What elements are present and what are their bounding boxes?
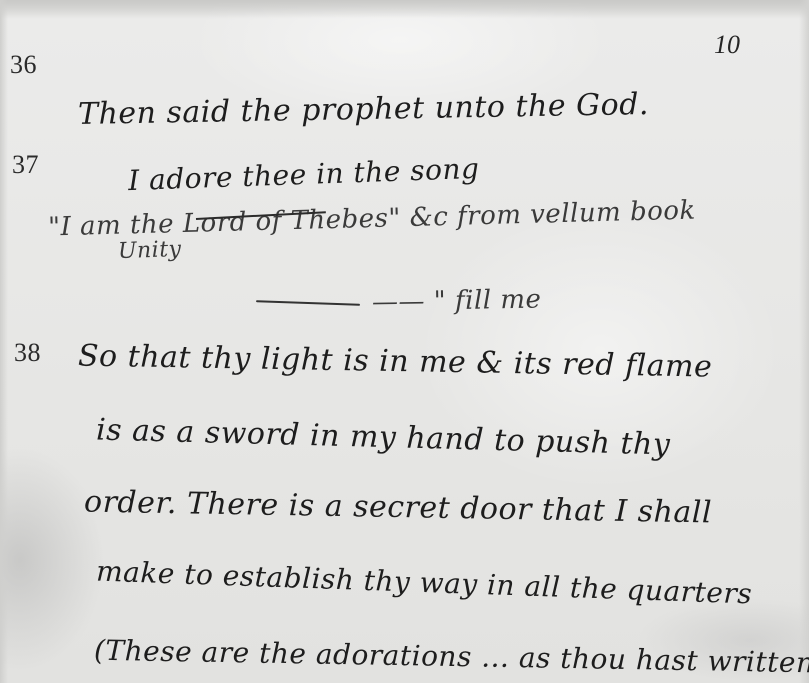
verse-38-line-1: So that thy light is in me & its red fla… bbox=[78, 338, 713, 384]
paper-left-edge bbox=[0, 0, 8, 683]
verse-37-line-1: I adore thee in the song bbox=[128, 152, 480, 197]
verse-37-insertion-text: —— " fill me bbox=[372, 285, 542, 318]
verse-38-line-5: (These are the adorations ... as thou ha… bbox=[94, 634, 809, 680]
verse-38-line-4: make to establish thy way in all the qua… bbox=[96, 555, 753, 611]
insertion-dash bbox=[256, 300, 360, 306]
page-number: 10 bbox=[714, 30, 740, 60]
paper-right-edge bbox=[799, 0, 809, 683]
manuscript-page: 10 36 Then said the prophet unto the God… bbox=[0, 0, 809, 683]
verse-38-line-3: order. There is a secret door that I sha… bbox=[84, 485, 713, 531]
verse-number-36: 36 bbox=[10, 50, 37, 80]
paper-top-edge bbox=[0, 0, 809, 18]
verse-37-insertion-word: Unity bbox=[118, 237, 182, 264]
verse-37-line-2: "I am the Lord of Thebes" &c from vellum… bbox=[48, 196, 696, 243]
verse-36-line-1: Then said the prophet unto the God. bbox=[78, 87, 649, 132]
verse-38-line-2: is as a sword in my hand to push thy bbox=[96, 412, 671, 462]
verse-number-38: 38 bbox=[14, 338, 41, 368]
verse-number-37: 37 bbox=[12, 150, 39, 180]
